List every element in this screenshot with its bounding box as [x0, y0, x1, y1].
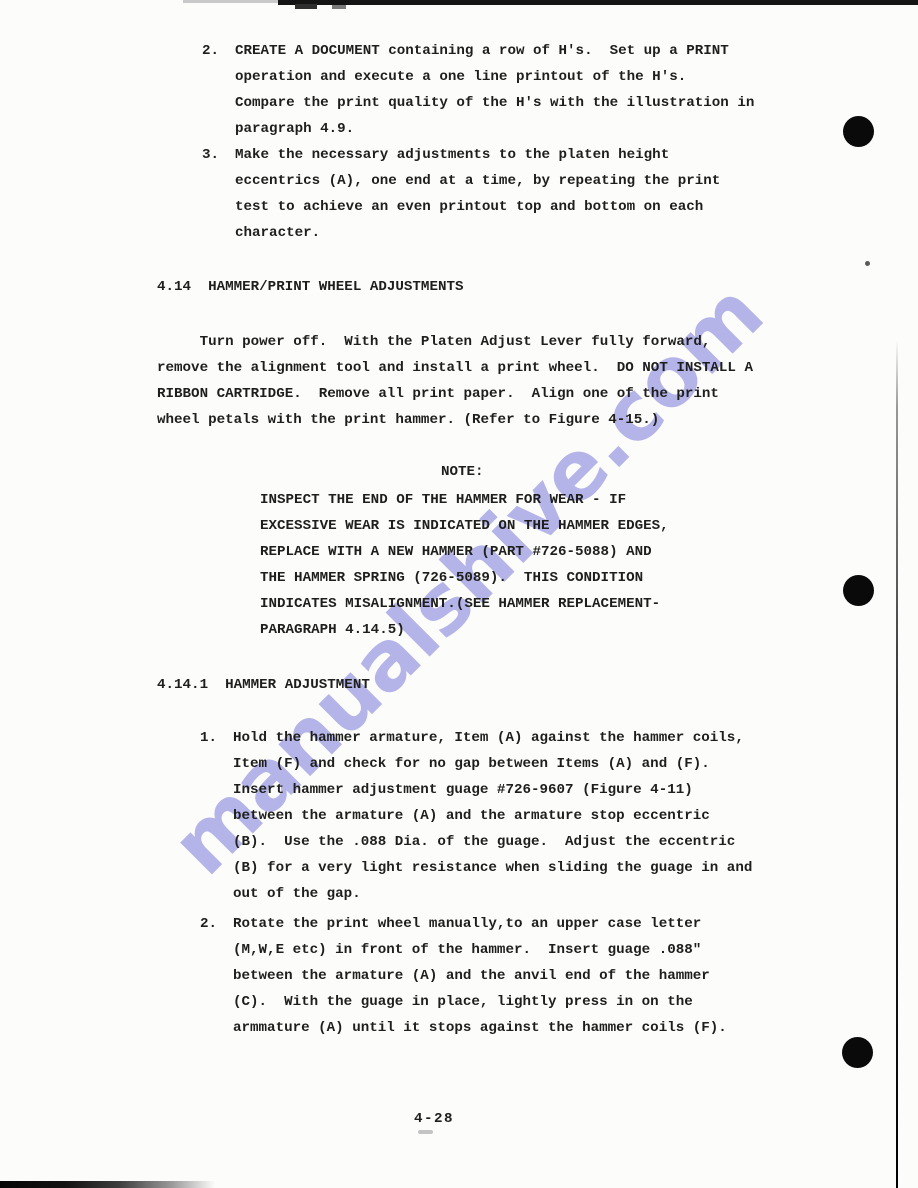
- text-line: EXCESSIVE WEAR IS INDICATED ON THE HAMME…: [260, 513, 669, 539]
- text-line: Turn power off. With the Platen Adjust L…: [157, 329, 753, 355]
- list-item-number: 1.: [200, 725, 233, 751]
- text-line: eccentrics (A), one end at a time, by re…: [235, 168, 720, 194]
- numbered-list-4141: 1. Hold the hammer armature, Item (A) ag…: [200, 725, 752, 1041]
- text-line: (M,W,E etc) in front of the hammer. Inse…: [233, 937, 727, 963]
- list-item-number: 3.: [202, 142, 235, 168]
- text-line: REPLACE WITH A NEW HAMMER (PART #726-508…: [260, 539, 669, 565]
- text-line: (B). Use the .088 Dia. of the guage. Adj…: [233, 829, 752, 855]
- scan-artifact-top-bar-faint: [183, 0, 279, 3]
- scan-artifact-tick-mark: [295, 4, 317, 9]
- text-line: PARAGRAPH 4.14.5): [260, 617, 669, 643]
- text-line: INDICATES MISALIGNMENT.(SEE HAMMER REPLA…: [260, 591, 669, 617]
- text-line: Make the necessary adjustments to the pl…: [235, 142, 720, 168]
- text-line: Rotate the print wheel manually,to an up…: [233, 911, 727, 937]
- list-item: 2. Rotate the print wheel manually,to an…: [200, 911, 752, 1041]
- text-line: wheel petals with the print hammer. (Ref…: [157, 407, 753, 433]
- scan-artifact-page-edge-line: [896, 340, 898, 1188]
- list-item-lines: Make the necessary adjustments to the pl…: [235, 142, 720, 246]
- text-line: RIBBON CARTRIDGE. Remove all print paper…: [157, 381, 753, 407]
- text-line: (C). With the guage in place, lightly pr…: [233, 989, 727, 1015]
- note-label: NOTE:: [441, 459, 484, 485]
- section-heading-414: 4.14 HAMMER/PRINT WHEEL ADJUSTMENTS: [157, 274, 464, 300]
- list-item-number: 2.: [200, 911, 233, 937]
- text-line: test to achieve an even printout top and…: [235, 194, 720, 220]
- text-line: CREATE A DOCUMENT containing a row of H'…: [235, 38, 754, 64]
- scan-artifact-bottom-bar: [0, 1181, 215, 1188]
- text-line: between the armature (A) and the anvil e…: [233, 963, 727, 989]
- manual-page: manualshive.com 2. CREATE A DOCUMENT con…: [0, 0, 918, 1188]
- text-line: remove the alignment tool and install a …: [157, 355, 753, 381]
- page-number: 4-28: [414, 1106, 454, 1132]
- list-item-lines: Rotate the print wheel manually,to an up…: [233, 911, 727, 1041]
- text-line: out of the gap.: [233, 881, 752, 907]
- scan-artifact-top-bar: [278, 0, 918, 5]
- binding-hole-mark: [843, 575, 874, 606]
- text-line: operation and execute a one line printou…: [235, 64, 754, 90]
- list-item: 1. Hold the hammer armature, Item (A) ag…: [200, 725, 752, 907]
- scan-artifact-tick-mark: [332, 5, 346, 9]
- text-line: paragraph 4.9.: [235, 116, 754, 142]
- text-line: INSPECT THE END OF THE HAMMER FOR WEAR -…: [260, 487, 669, 513]
- binding-hole-mark: [843, 116, 874, 147]
- text-line: Compare the print quality of the H's wit…: [235, 90, 754, 116]
- section-414-paragraph: Turn power off. With the Platen Adjust L…: [157, 329, 753, 433]
- list-item: 3. Make the necessary adjustments to the…: [202, 142, 754, 246]
- section-heading-4141: 4.14.1 HAMMER ADJUSTMENT: [157, 672, 370, 698]
- text-line: between the armature (A) and the armatur…: [233, 803, 752, 829]
- text-line: Item (F) and check for no gap between It…: [233, 751, 752, 777]
- text-line: (B) for a very light resistance when sli…: [233, 855, 752, 881]
- note-body: INSPECT THE END OF THE HAMMER FOR WEAR -…: [260, 487, 669, 643]
- text-line: THE HAMMER SPRING (726-5089). THIS CONDI…: [260, 565, 669, 591]
- list-item: 2. CREATE A DOCUMENT containing a row of…: [202, 38, 754, 142]
- text-line: Hold the hammer armature, Item (A) again…: [233, 725, 752, 751]
- text-line: character.: [235, 220, 720, 246]
- list-item-lines: CREATE A DOCUMENT containing a row of H'…: [235, 38, 754, 142]
- text-line: armmature (A) until it stops against the…: [233, 1015, 727, 1041]
- text-line: Insert hammer adjustment guage #726-9607…: [233, 777, 752, 803]
- binding-hole-mark: [842, 1037, 873, 1068]
- list-item-lines: Hold the hammer armature, Item (A) again…: [233, 725, 752, 907]
- scan-speck: [865, 261, 870, 266]
- numbered-list-top: 2. CREATE A DOCUMENT containing a row of…: [202, 38, 754, 246]
- list-item-number: 2.: [202, 38, 235, 64]
